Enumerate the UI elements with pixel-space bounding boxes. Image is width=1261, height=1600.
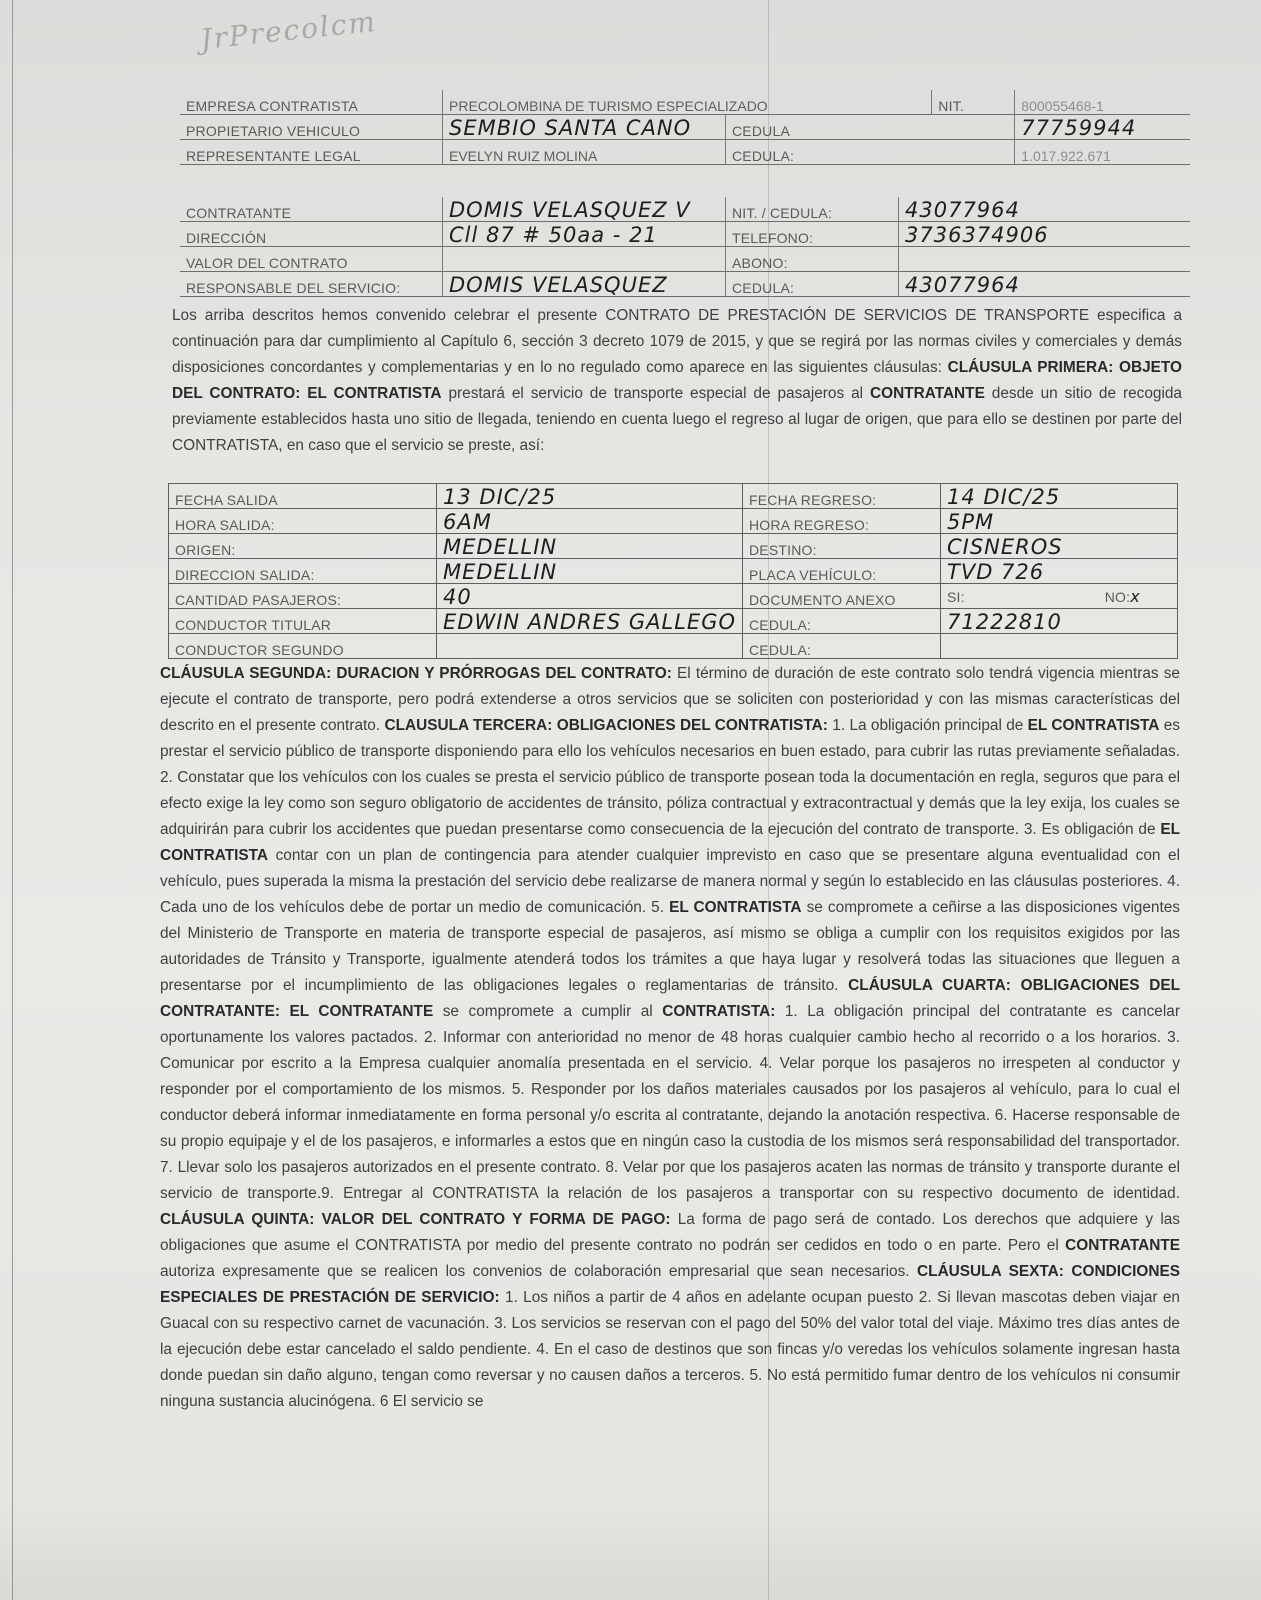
trip-label-2: DESTINO: [743, 534, 941, 559]
anexo-no-checkmark: x [1130, 587, 1140, 606]
telefono-label: TELEFONO: [726, 222, 899, 247]
trip-row: FECHA SALIDA13 DIC/25FECHA REGRESO:14 DI… [169, 484, 1178, 509]
trip-label: ORIGEN: [169, 534, 437, 559]
trip-value-2: 14 DIC/25 [941, 484, 1178, 509]
clause-3-title: CLAUSULA TERCERA: OBLIGACIONES DEL CONTR… [384, 717, 827, 734]
trip-label: HORA SALIDA: [169, 509, 437, 534]
anexo-no-label: NO: [1105, 589, 1131, 605]
trip-row: CANTIDAD PASAJEROS:40DOCUMENTO ANEXOSI:N… [169, 584, 1178, 609]
trip-value-2: 71222810 [941, 609, 1178, 634]
trip-value: 40 [437, 584, 743, 609]
contract-title: CONTRATO DE PRESTACIÓN DE SERVICIOS DE T… [605, 307, 1089, 324]
nit-label: NIT. [932, 90, 1015, 115]
responsable-label: RESPONSABLE DEL SERVICIO: [180, 272, 443, 297]
trip-row: CONDUCTOR TITULAREDWIN ANDRES GALLEGOCED… [169, 609, 1178, 634]
representante-label: REPRESENTANTE LEGAL [180, 140, 443, 165]
trip-label-2: CEDULA: [743, 609, 941, 634]
propietario-label: PROPIETARIO VEHICULO [180, 115, 443, 140]
trip-row: DIRECCION SALIDA:MEDELLINPLACA VEHÍCULO:… [169, 559, 1178, 584]
direccion-value: Cll 87 # 50aa - 21 [443, 222, 726, 247]
clause-4-text-2: 1. La obligación principal del contratan… [160, 1003, 1180, 1202]
trip-label-2: DOCUMENTO ANEXO [743, 584, 941, 609]
contratista-term: CONTRATISTA: [662, 1003, 775, 1020]
trip-value: 6AM [437, 509, 743, 534]
clause-3-text: 1. La obligación principal de [828, 717, 1028, 734]
trip-value-2 [941, 634, 1178, 659]
nit-cedula-label: NIT. / CEDULA: [726, 197, 899, 222]
abono-value [899, 247, 1191, 272]
contratante-value: DOMIS VELASQUEZ V [443, 197, 726, 222]
trip-label: DIRECCION SALIDA: [169, 559, 437, 584]
propietario-value: SEMBIO SANTA CANO [443, 115, 726, 140]
trip-value: EDWIN ANDRES GALLEGO [437, 609, 743, 634]
responsable-cedula-value: 43077964 [899, 272, 1191, 297]
contratante-label: CONTRATANTE [180, 197, 443, 222]
clause-4-text: se compromete a cumplir al [433, 1003, 662, 1020]
empresa-label: EMPRESA CONTRATISTA [180, 90, 443, 115]
trip-value: MEDELLIN [437, 534, 743, 559]
propietario-cedula-value: 77759944 [1015, 115, 1190, 140]
client-info-table: CONTRATANTE DOMIS VELASQUEZ V NIT. / CED… [180, 197, 1190, 297]
clause-5-text-2: autoriza expresamente que se realicen lo… [160, 1263, 917, 1280]
trip-details-table: FECHA SALIDA13 DIC/25FECHA REGRESO:14 DI… [168, 483, 1178, 659]
intro-paragraph: Los arriba descritos hemos convenido cel… [172, 303, 1182, 459]
trip-row: CONDUCTOR SEGUNDOCEDULA: [169, 634, 1178, 659]
trip-row: HORA SALIDA:6AMHORA REGRESO:5PM [169, 509, 1178, 534]
contratista-term: EL CONTRATISTA [1028, 717, 1160, 734]
trip-value-2: SI:NO:x [941, 584, 1178, 609]
clauses-body: CLÁUSULA SEGUNDA: DURACION Y PRÓRROGAS D… [160, 661, 1180, 1415]
trip-label-2: HORA REGRESO: [743, 509, 941, 534]
valor-value [443, 247, 726, 272]
responsable-cedula-label: CEDULA: [726, 272, 899, 297]
trip-label: CONDUCTOR SEGUNDO [169, 634, 437, 659]
clause-6-text: 1. Los niños a partir de 4 años en adela… [160, 1289, 1180, 1410]
clause-1-contratante: CONTRATANTE [870, 385, 985, 402]
clause-2-title: CLÁUSULA SEGUNDA: DURACION Y PRÓRROGAS D… [160, 665, 672, 682]
clause-3-text-2: es prestar el servicio público de transp… [160, 717, 1180, 838]
trip-row: ORIGEN:MEDELLINDESTINO:CISNEROS [169, 534, 1178, 559]
intro-text: Los arriba descritos hemos convenido cel… [172, 307, 605, 324]
trip-value [437, 634, 743, 659]
nit-cedula-value: 43077964 [899, 197, 1191, 222]
representante-value: EVELYN RUIZ MOLINA [443, 140, 726, 165]
trip-value-2: 5PM [941, 509, 1178, 534]
empresa-value: PRECOLOMBINA DE TURISMO ESPECIALIZADO [443, 90, 932, 115]
trip-label: CONDUCTOR TITULAR [169, 609, 437, 634]
contratante-term: CONTRATANTE [1065, 1237, 1180, 1254]
clause-1-text: prestará el servicio de transporte espec… [442, 385, 870, 402]
abono-label: ABONO: [726, 247, 899, 272]
nit-value: 800055468-1 [1015, 90, 1190, 115]
trip-value-2: CISNEROS [941, 534, 1178, 559]
faded-stamp: JrPrecolcm [199, 5, 379, 56]
responsable-value: DOMIS VELASQUEZ [443, 272, 726, 297]
clause-5-title: CLÁUSULA QUINTA: VALOR DEL CONTRATO Y FO… [160, 1211, 670, 1228]
direccion-label: DIRECCIÓN [180, 222, 443, 247]
page-edge [12, 0, 13, 1600]
trip-value: 13 DIC/25 [437, 484, 743, 509]
telefono-value: 3736374906 [899, 222, 1191, 247]
propietario-cedula-label: CEDULA [726, 115, 1015, 140]
anexo-si-label: SI: [947, 589, 965, 605]
company-info-table: EMPRESA CONTRATISTA PRECOLOMBINA DE TURI… [180, 90, 1190, 165]
trip-label-2: PLACA VEHÍCULO: [743, 559, 941, 584]
page-shadow [0, 1500, 1261, 1600]
representante-cedula-value: 1.017.922.671 [1015, 140, 1190, 165]
representante-cedula-label: CEDULA: [726, 140, 1015, 165]
trip-value: MEDELLIN [437, 559, 743, 584]
trip-label-2: CEDULA: [743, 634, 941, 659]
trip-label-2: FECHA REGRESO: [743, 484, 941, 509]
valor-label: VALOR DEL CONTRATO [180, 247, 443, 272]
trip-label: FECHA SALIDA [169, 484, 437, 509]
contratista-term: EL CONTRATISTA [669, 899, 801, 916]
trip-value-2: TVD 726 [941, 559, 1178, 584]
trip-label: CANTIDAD PASAJEROS: [169, 584, 437, 609]
